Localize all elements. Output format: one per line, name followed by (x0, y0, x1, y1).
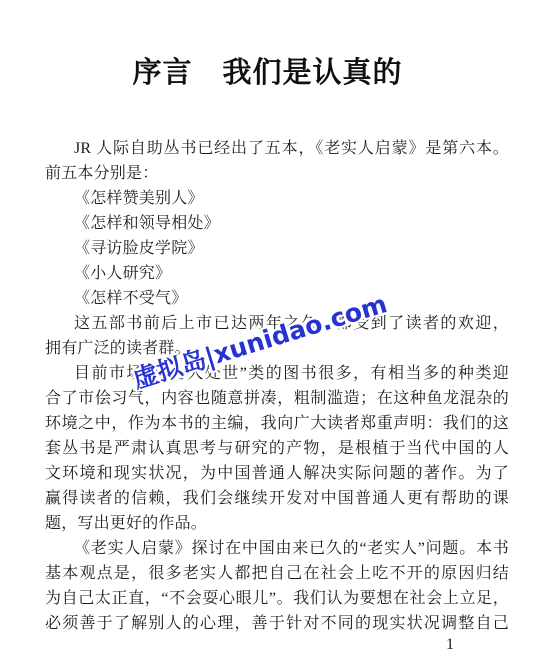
text-line: 赢得读者的信赖，我们会继续开发对中国普通人更有帮助的课 (45, 486, 509, 511)
text-line: 为自己太正直，“不会耍心眼儿”。我们认为要想在社会上立足， (45, 586, 509, 611)
text-line: 套丛书是严肃认真思考与研究的产物，是根植于当代中国的人 (45, 436, 509, 461)
text-line: 《寻访脸皮学院》 (45, 236, 509, 261)
text-line: 《怎样赞美别人》 (45, 186, 509, 211)
text-line: 《怎样和领导相处》 (45, 211, 509, 236)
page-number: 1 (438, 636, 462, 654)
text-line: 《怎样不受气》 (45, 286, 509, 311)
text-line: 环境之中，作为本书的主编，我向广大读者郑重声明：我们的这 (45, 411, 509, 436)
text-line: 题，写出更好的作品。 (45, 511, 509, 536)
text-line: 《小人研究》 (45, 261, 509, 286)
text-line: 合了市侩习气，内容也随意拼凑，粗制滥造；在这种鱼龙混杂的 (45, 386, 509, 411)
text-line: 必须善于了解别人的心理，善于针对不同的现实状况调整自己 (45, 611, 509, 636)
book-page: 序言 我们是认真的 JR 人际自助丛书已经出了五本，《老实人启蒙》是第六本。前五… (0, 0, 535, 672)
text-line: 目前市场上“为人处世”类的图书很多，有相当多的种类迎 (45, 361, 509, 386)
text-line: 基本观点是，很多老实人都把自己在社会上吃不开的原因归结 (45, 561, 509, 586)
text-line: 文环境和现实状况，为中国普通人解决实际问题的著作。为了 (45, 461, 509, 486)
text-line: 前五本分别是： (45, 161, 509, 186)
body-text: JR 人际自助丛书已经出了五本，《老实人启蒙》是第六本。前五本分别是：《怎样赞美… (45, 136, 509, 636)
page-title: 序言 我们是认真的 (0, 50, 535, 91)
text-line: JR 人际自助丛书已经出了五本，《老实人启蒙》是第六本。 (45, 136, 509, 161)
text-line: 《老实人启蒙》探讨在中国由来已久的“老实人”问题。本书 (45, 536, 509, 561)
